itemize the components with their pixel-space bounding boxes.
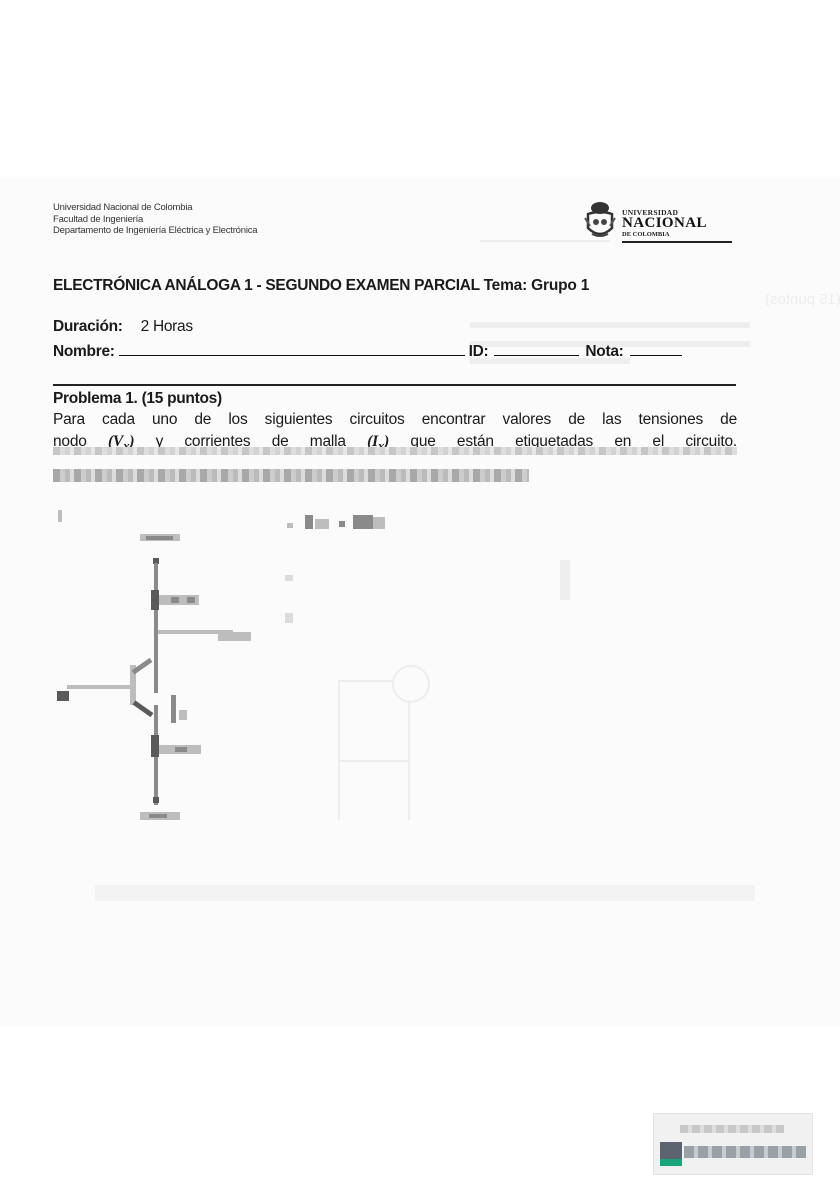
pixelated-redaction	[53, 469, 529, 482]
base-terminal	[57, 691, 69, 701]
section-divider	[53, 384, 736, 386]
id-field[interactable]	[494, 341, 579, 356]
duration-value: 2 Horas	[141, 318, 193, 335]
student-info-row: Nombre:ID:Nota:	[53, 341, 682, 361]
logo-text-nacional: NACIONAL	[622, 215, 707, 232]
name-label: Nombre:	[53, 343, 115, 360]
current-arrow	[171, 695, 176, 723]
university-name: Universidad Nacional de Colombia	[53, 202, 257, 214]
exam-tema: Tema: Grupo 1	[484, 277, 590, 294]
exam-title: ELECTRÓNICA ANÁLOGA 1 - SEGUNDO EXAMEN P…	[53, 277, 589, 295]
duration-label: Duración:	[53, 318, 123, 335]
faculty-name: Facultad de Ingeniería	[53, 214, 257, 226]
collector-resistor	[151, 590, 159, 610]
institution-header: Universidad Nacional de Colombia Faculta…	[53, 202, 257, 237]
wire	[153, 797, 159, 803]
id-label: ID:	[469, 343, 489, 360]
emitter-resistor	[151, 735, 159, 757]
exam-title-text: ELECTRÓNICA ANÁLOGA 1 - SEGUNDO EXAMEN P…	[53, 277, 480, 294]
bleed-through-heading: Problema 2. (15 puntos)	[765, 291, 840, 308]
scanner-watermark: [pixelated scanner watermark]	[653, 1113, 813, 1175]
university-logo: UNIVERSIDAD NACIONAL DE COLOMBIA	[582, 200, 732, 246]
name-field[interactable]	[119, 341, 465, 356]
bleed-through-wire	[338, 680, 394, 682]
coat-of-arms-seal-icon	[582, 200, 618, 240]
base-wire	[67, 685, 133, 689]
grade-label: Nota:	[585, 343, 623, 360]
bleed-through-source-symbol	[392, 665, 430, 703]
camscanner-icon	[660, 1142, 682, 1166]
grade-field[interactable]	[630, 341, 682, 356]
logo-underline	[622, 241, 732, 243]
wire	[154, 563, 158, 693]
bleed-through-wire	[338, 680, 340, 820]
circuit-label	[58, 510, 62, 522]
bleed-through-line	[470, 322, 750, 328]
current-label	[179, 710, 187, 720]
problem-1-text-line2: nodo (Vx) y corrientes de malla (Ix) que…	[53, 433, 737, 447]
circuit-diagram	[45, 505, 285, 835]
bleed-through-wire	[560, 560, 570, 600]
department-name: Departamento de Ingeniería Eléctrica y E…	[53, 225, 257, 237]
watermark-brand	[684, 1146, 806, 1158]
logo-text-de-colombia: DE COLOMBIA	[622, 231, 670, 238]
problem-1-text-line1: Para cada uno de los siguientes circuito…	[53, 406, 737, 433]
pixelated-redaction	[53, 447, 737, 455]
bleed-through-wire	[338, 760, 410, 762]
duration-row: Duración:2 Horas	[53, 318, 193, 336]
node-voltage-label	[218, 632, 251, 641]
bleed-through-line	[95, 885, 755, 901]
